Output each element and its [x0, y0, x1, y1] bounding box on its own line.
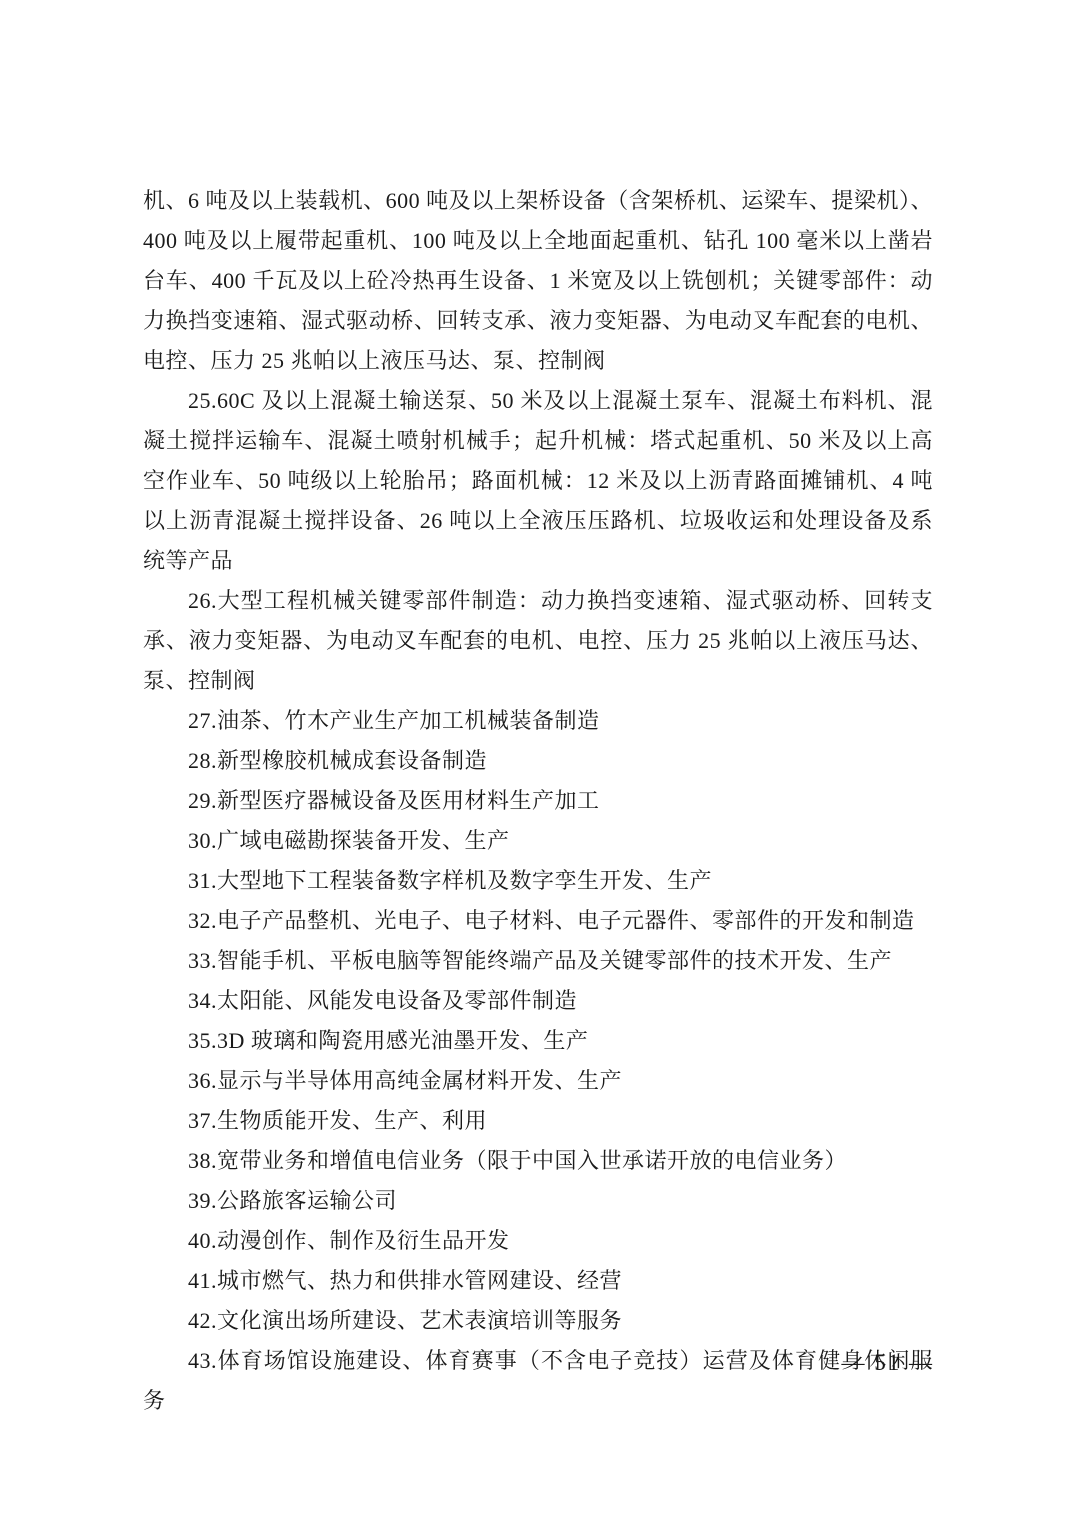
paragraph: 28.新型橡胶机械成套设备制造 — [143, 741, 933, 781]
paragraph: 41.城市燃气、热力和供排水管网建设、经营 — [143, 1261, 933, 1301]
paragraph: 42.文化演出场所建设、艺术表演培训等服务 — [143, 1301, 933, 1341]
paragraph: 32.电子产品整机、光电子、电子材料、电子元器件、零部件的开发和制造 — [143, 901, 933, 941]
paragraph: 31.大型地下工程装备数字样机及数字孪生开发、生产 — [143, 861, 933, 901]
document-page: 机、6 吨及以上装载机、600 吨及以上架桥设备（含架桥机、运梁车、提梁机）、4… — [0, 0, 1074, 1520]
paragraph: 37.生物质能开发、生产、利用 — [143, 1101, 933, 1141]
paragraph: 40.动漫创作、制作及衍生品开发 — [143, 1221, 933, 1261]
paragraph: 30.广域电磁勘探装备开发、生产 — [143, 821, 933, 861]
paragraph: 38.宽带业务和增值电信业务（限于中国入世承诺开放的电信业务） — [143, 1141, 933, 1181]
paragraph: 43.体育场馆设施建设、体育赛事（不含电子竞技）运营及体育健身休闲服务 — [143, 1341, 933, 1421]
document-body: 机、6 吨及以上装载机、600 吨及以上架桥设备（含架桥机、运梁车、提梁机）、4… — [143, 181, 933, 1421]
paragraph: 25.60C 及以上混凝土输送泵、50 米及以上混凝土泵车、混凝土布料机、混凝土… — [143, 381, 933, 581]
paragraph: 36.显示与半导体用高纯金属材料开发、生产 — [143, 1061, 933, 1101]
paragraph: 35.3D 玻璃和陶瓷用感光油墨开发、生产 — [143, 1021, 933, 1061]
paragraph: 26.大型工程机械关键零部件制造：动力换挡变速箱、湿式驱动桥、回转支承、液力变矩… — [143, 581, 933, 701]
paragraph: 27.油茶、竹木产业生产加工机械装备制造 — [143, 701, 933, 741]
paragraph: 29.新型医疗器械设备及医用材料生产加工 — [143, 781, 933, 821]
paragraph: 39.公路旅客运输公司 — [143, 1181, 933, 1221]
page-number: — 51 — — [842, 1348, 935, 1378]
paragraph: 34.太阳能、风能发电设备及零部件制造 — [143, 981, 933, 1021]
paragraph: 机、6 吨及以上装载机、600 吨及以上架桥设备（含架桥机、运梁车、提梁机）、4… — [143, 181, 933, 381]
paragraph: 33.智能手机、平板电脑等智能终端产品及关键零部件的技术开发、生产 — [143, 941, 933, 981]
